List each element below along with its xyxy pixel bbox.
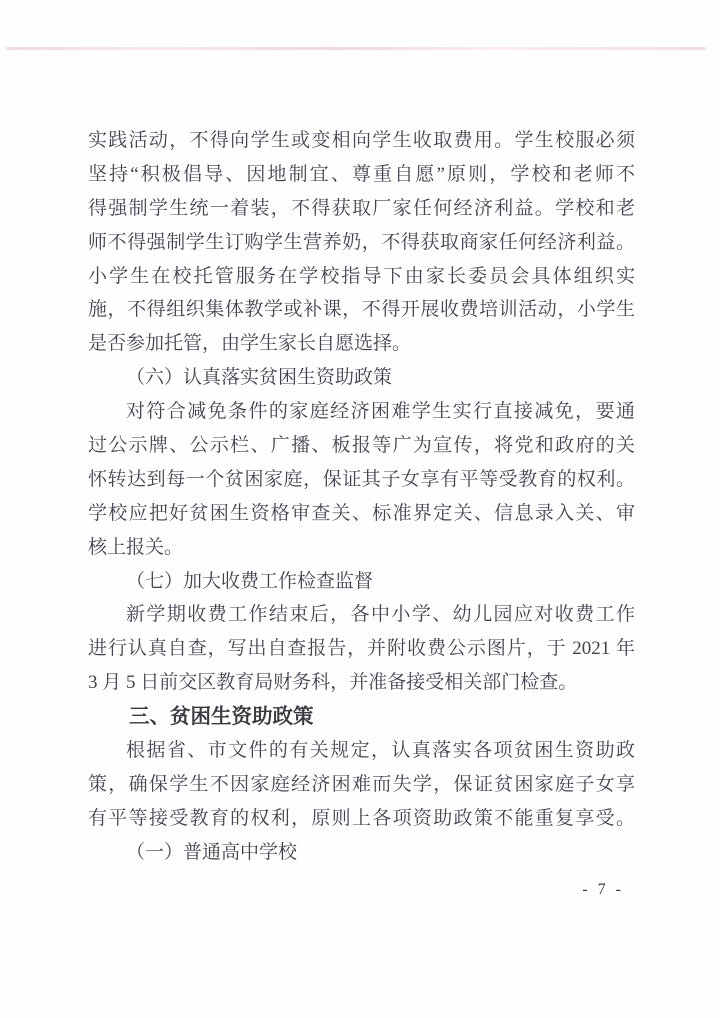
text-line: 小学生在校托管服务在学校指导下由家长委员会具体组织实 [88, 260, 635, 294]
text-line: 3 月 5 日前交区教育局财务科，并准备接受相关部门检查。 [88, 666, 635, 700]
text-line: 过公示牌、公示栏、广播、板报等广为宣传，将党和政府的关 [88, 429, 635, 463]
scan-artifact-line [6, 47, 706, 50]
text-line: 对符合减免条件的家庭经济困难学生实行直接减免，要通 [88, 395, 635, 429]
section-heading: 三、贫困生资助政策 [88, 700, 635, 734]
text-line: 师不得强制学生订购学生营养奶，不得获取商家任何经济利益。 [88, 226, 635, 260]
text-line: 学校应把好贫困生资格审查关、标准界定关、信息录入关、审 [88, 497, 635, 531]
text-line: 策，确保学生不因家庭经济困难而失学，保证贫困家庭子女享 [88, 768, 635, 802]
text-line: 核上报关。 [88, 531, 635, 565]
document-body: 实践活动，不得向学生或变相向学生收取费用。学生校服必须坚持“积极倡导、因地制宜、… [88, 124, 635, 870]
text-line: 得强制学生统一着装，不得获取厂家任何经济利益。学校和老 [88, 192, 635, 226]
text-line: 坚持“积极倡导、因地制宜、尊重自愿”原则，学校和老师不 [88, 158, 635, 192]
text-line: 有平等接受教育的权利，原则上各项资助政策不能重复享受。 [88, 802, 635, 836]
text-line: 施，不得组织集体教学或补课，不得开展收费培训活动，小学生 [88, 293, 635, 327]
page-number: - 7 - [582, 879, 624, 901]
text-line: 进行认真自查，写出自查报告，并附收费公示图片，于 2021 年 [88, 632, 635, 666]
section-heading: （六）认真落实贫困生资助政策 [88, 361, 635, 395]
section-heading: （七）加大收费工作检查监督 [88, 565, 635, 599]
text-line: 根据省、市文件的有关规定，认真落实各项贫困生资助政 [88, 734, 635, 768]
scanned-document-page: 实践活动，不得向学生或变相向学生收取费用。学生校服必须坚持“积极倡导、因地制宜、… [0, 0, 720, 1018]
section-heading: （一）普通高中学校 [88, 836, 635, 870]
text-line: 是否参加托管，由学生家长自愿选择。 [88, 327, 635, 361]
text-line: 新学期收费工作结束后，各中小学、幼儿园应对收费工作 [88, 598, 635, 632]
text-line: 实践活动，不得向学生或变相向学生收取费用。学生校服必须 [88, 124, 635, 158]
text-line: 怀转达到每一个贫困家庭，保证其子女享有平等受教育的权利。 [88, 463, 635, 497]
